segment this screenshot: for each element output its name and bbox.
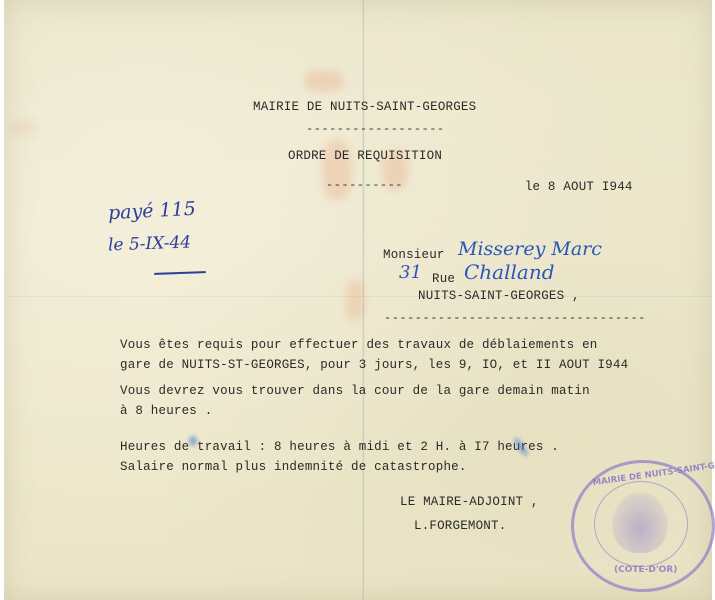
date-prefix: le 8 AOUT: [525, 180, 602, 194]
margin-note-underline: [154, 271, 206, 275]
signatory-name: L.FORGEMONT.: [414, 519, 506, 533]
rust-stain: [346, 280, 364, 320]
ink-blot: [189, 436, 197, 446]
stamp-bottom-text: (COTE-D'OR): [614, 565, 677, 575]
body-para1-line1: Vous êtes requis pour effectuer des trav…: [120, 338, 597, 352]
date-year: I944: [602, 180, 633, 194]
addressee-salutation: Monsieur: [383, 248, 445, 262]
body-para2-line1: Vous devrez vous trouver dans la cour de…: [120, 384, 590, 398]
addressee-street-number: 31: [399, 262, 422, 283]
body-para1-line2: gare de NUITS-ST-GEORGES, pour 3 jours, …: [120, 358, 628, 372]
official-stamp: MAIRIE DE NUITS-SAINT-GEORGES (COTE-D'OR…: [571, 460, 715, 592]
title-rule: ----------: [326, 178, 403, 192]
signatory-title: LE MAIRE-ADJOINT ,: [400, 495, 539, 509]
stamp-emblem: [612, 493, 668, 553]
rust-stain: [8, 120, 38, 136]
rust-stain: [304, 70, 344, 92]
document-paper: MAIRIE DE NUITS-SAINT-GEORGES ----------…: [4, 0, 712, 600]
addressee-street-label: Rue: [432, 272, 455, 286]
margin-note-payment: payé 115: [107, 198, 196, 225]
margin-note-date: le 5-IX-44: [108, 233, 192, 256]
body-working-hours: Heures de travail : 8 heures à midi et 2…: [120, 440, 559, 454]
document-title: ORDRE DE REQUISITION: [288, 149, 442, 163]
addressee-name: Misserey Marc: [458, 238, 602, 260]
body-salary: Salaire normal plus indemnité de catastr…: [120, 460, 467, 474]
header-rule: ------------------: [306, 122, 445, 136]
addressee-street-name: Challand: [464, 260, 555, 284]
addressee-rule: ----------------------------------: [384, 311, 646, 325]
mairie-header: MAIRIE DE NUITS-SAINT-GEORGES: [253, 100, 476, 114]
body-para2-line2: à 8 heures .: [120, 404, 212, 418]
addressee-city: NUITS-SAINT-GEORGES ,: [418, 289, 580, 303]
document-date: le 8 AOUT I944: [494, 166, 633, 208]
